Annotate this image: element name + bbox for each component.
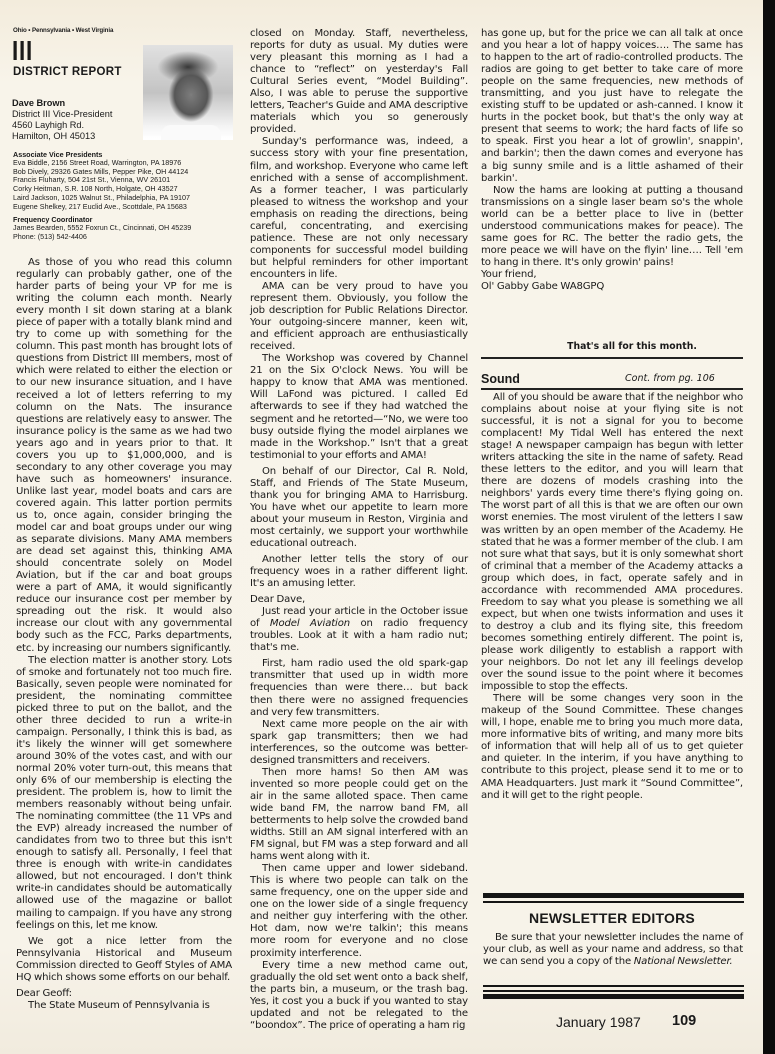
vp-name: Dave Brown — [12, 98, 112, 109]
associate-item: Eugene Shelkey, 217 Euclid Ave., Scottda… — [13, 203, 190, 212]
publication-name: National Newsletter. — [634, 956, 733, 967]
letter-salutation: Dear Dave, — [250, 594, 468, 606]
box-rule-bottom-thin — [483, 985, 744, 987]
column-1: As those of you who read this column reg… — [16, 257, 232, 1012]
vp-photo — [143, 45, 233, 140]
states-line: Ohio • Pennsylvania • West Virginia — [13, 27, 113, 34]
paragraph: The election matter is another story. Lo… — [16, 655, 232, 932]
paragraph: All of you should be aware that if the n… — [481, 392, 743, 693]
column-3-letter: has gone up, but for the price we can al… — [481, 28, 743, 293]
paragraph: The Workshop was covered by Channel 21 o… — [250, 353, 468, 461]
divider — [481, 388, 743, 390]
paragraph: Every time a new method came out, gradua… — [250, 960, 468, 1032]
vp-title: District III Vice-President — [12, 109, 112, 120]
scan-edge — [763, 0, 775, 1054]
continued-from-label: Cont. from pg. 106 — [625, 373, 715, 384]
issue-date: January 1987 — [556, 1014, 641, 1030]
freq-coordinator-info: James Bearden, 5552 Foxrun Ct., Cincinna… — [13, 224, 191, 241]
photo-shirt — [161, 125, 221, 140]
letter-signature: Ol' Gabby Gabe WA8GPQ — [481, 281, 743, 293]
magazine-page: Ohio • Pennsylvania • West Virginia III … — [0, 0, 763, 1054]
paragraph: Then came upper and lower sideband. This… — [250, 863, 468, 959]
paragraph: Another letter tells the story of our fr… — [250, 554, 468, 590]
paragraph: Then more hams! So then AM was invented … — [250, 767, 468, 863]
paragraph: As those of you who read this column reg… — [16, 257, 232, 655]
magazine-name: Model Aviation — [270, 618, 350, 629]
divider — [481, 357, 743, 359]
paragraph: has gone up, but for the price we can al… — [481, 28, 743, 185]
paragraph: closed on Monday. Staff, nevertheless, r… — [250, 28, 468, 136]
letter-salutation: Dear Geoff: — [16, 988, 232, 1000]
newsletter-box-title: NEWSLETTER EDITORS — [481, 910, 743, 926]
paragraph: The State Museum of Pennsylvania is — [16, 1000, 232, 1012]
paragraph: Now the hams are looking at putting a th… — [481, 185, 743, 269]
paragraph: Sunday's performance was, indeed, a succ… — [250, 136, 468, 281]
paragraph: There will be some changes very soon in … — [481, 693, 743, 801]
paragraph: First, ham radio used the old spark-gap … — [250, 658, 468, 718]
paragraph: AMA can be very proud to have you repres… — [250, 281, 468, 353]
box-rule-top — [483, 893, 744, 898]
vp-city: Hamilton, OH 45013 — [12, 131, 112, 142]
paragraph: On behalf of our Director, Cal R. Nold, … — [250, 466, 468, 550]
vp-street: 4560 Layhigh Rd. — [12, 120, 112, 131]
associates-list: Eva Biddle, 2156 Street Road, Warrington… — [13, 159, 190, 211]
sound-column: All of you should be aware that if the n… — [481, 392, 743, 802]
page-number: 109 — [672, 1013, 696, 1029]
freq-coordinator-phone: Phone: (513) 542-4406 — [13, 233, 191, 242]
letter-closing: Your friend, — [481, 269, 743, 281]
box-rule-bottom — [483, 994, 744, 999]
box-rule-bottom-thin — [483, 990, 744, 992]
district-numeral: III — [12, 38, 33, 64]
section-title: DISTRICT REPORT — [13, 66, 122, 78]
vp-contact: Dave Brown District III Vice-President 4… — [12, 98, 112, 142]
closing-line: That's all for this month. — [506, 341, 758, 352]
paragraph: Next came more people on the air with sp… — [250, 719, 468, 767]
column-2: closed on Monday. Staff, nevertheless, r… — [250, 28, 468, 1032]
box-rule-top-thin — [483, 901, 744, 903]
newsletter-box-text: Be sure that your newsletter includes th… — [483, 932, 743, 968]
paragraph: Just read your article in the October is… — [250, 606, 468, 654]
paragraph: We got a nice letter from the Pennsylvan… — [16, 936, 232, 984]
paragraph: Be sure that your newsletter includes th… — [483, 932, 743, 968]
sound-section-title: Sound — [481, 372, 520, 386]
